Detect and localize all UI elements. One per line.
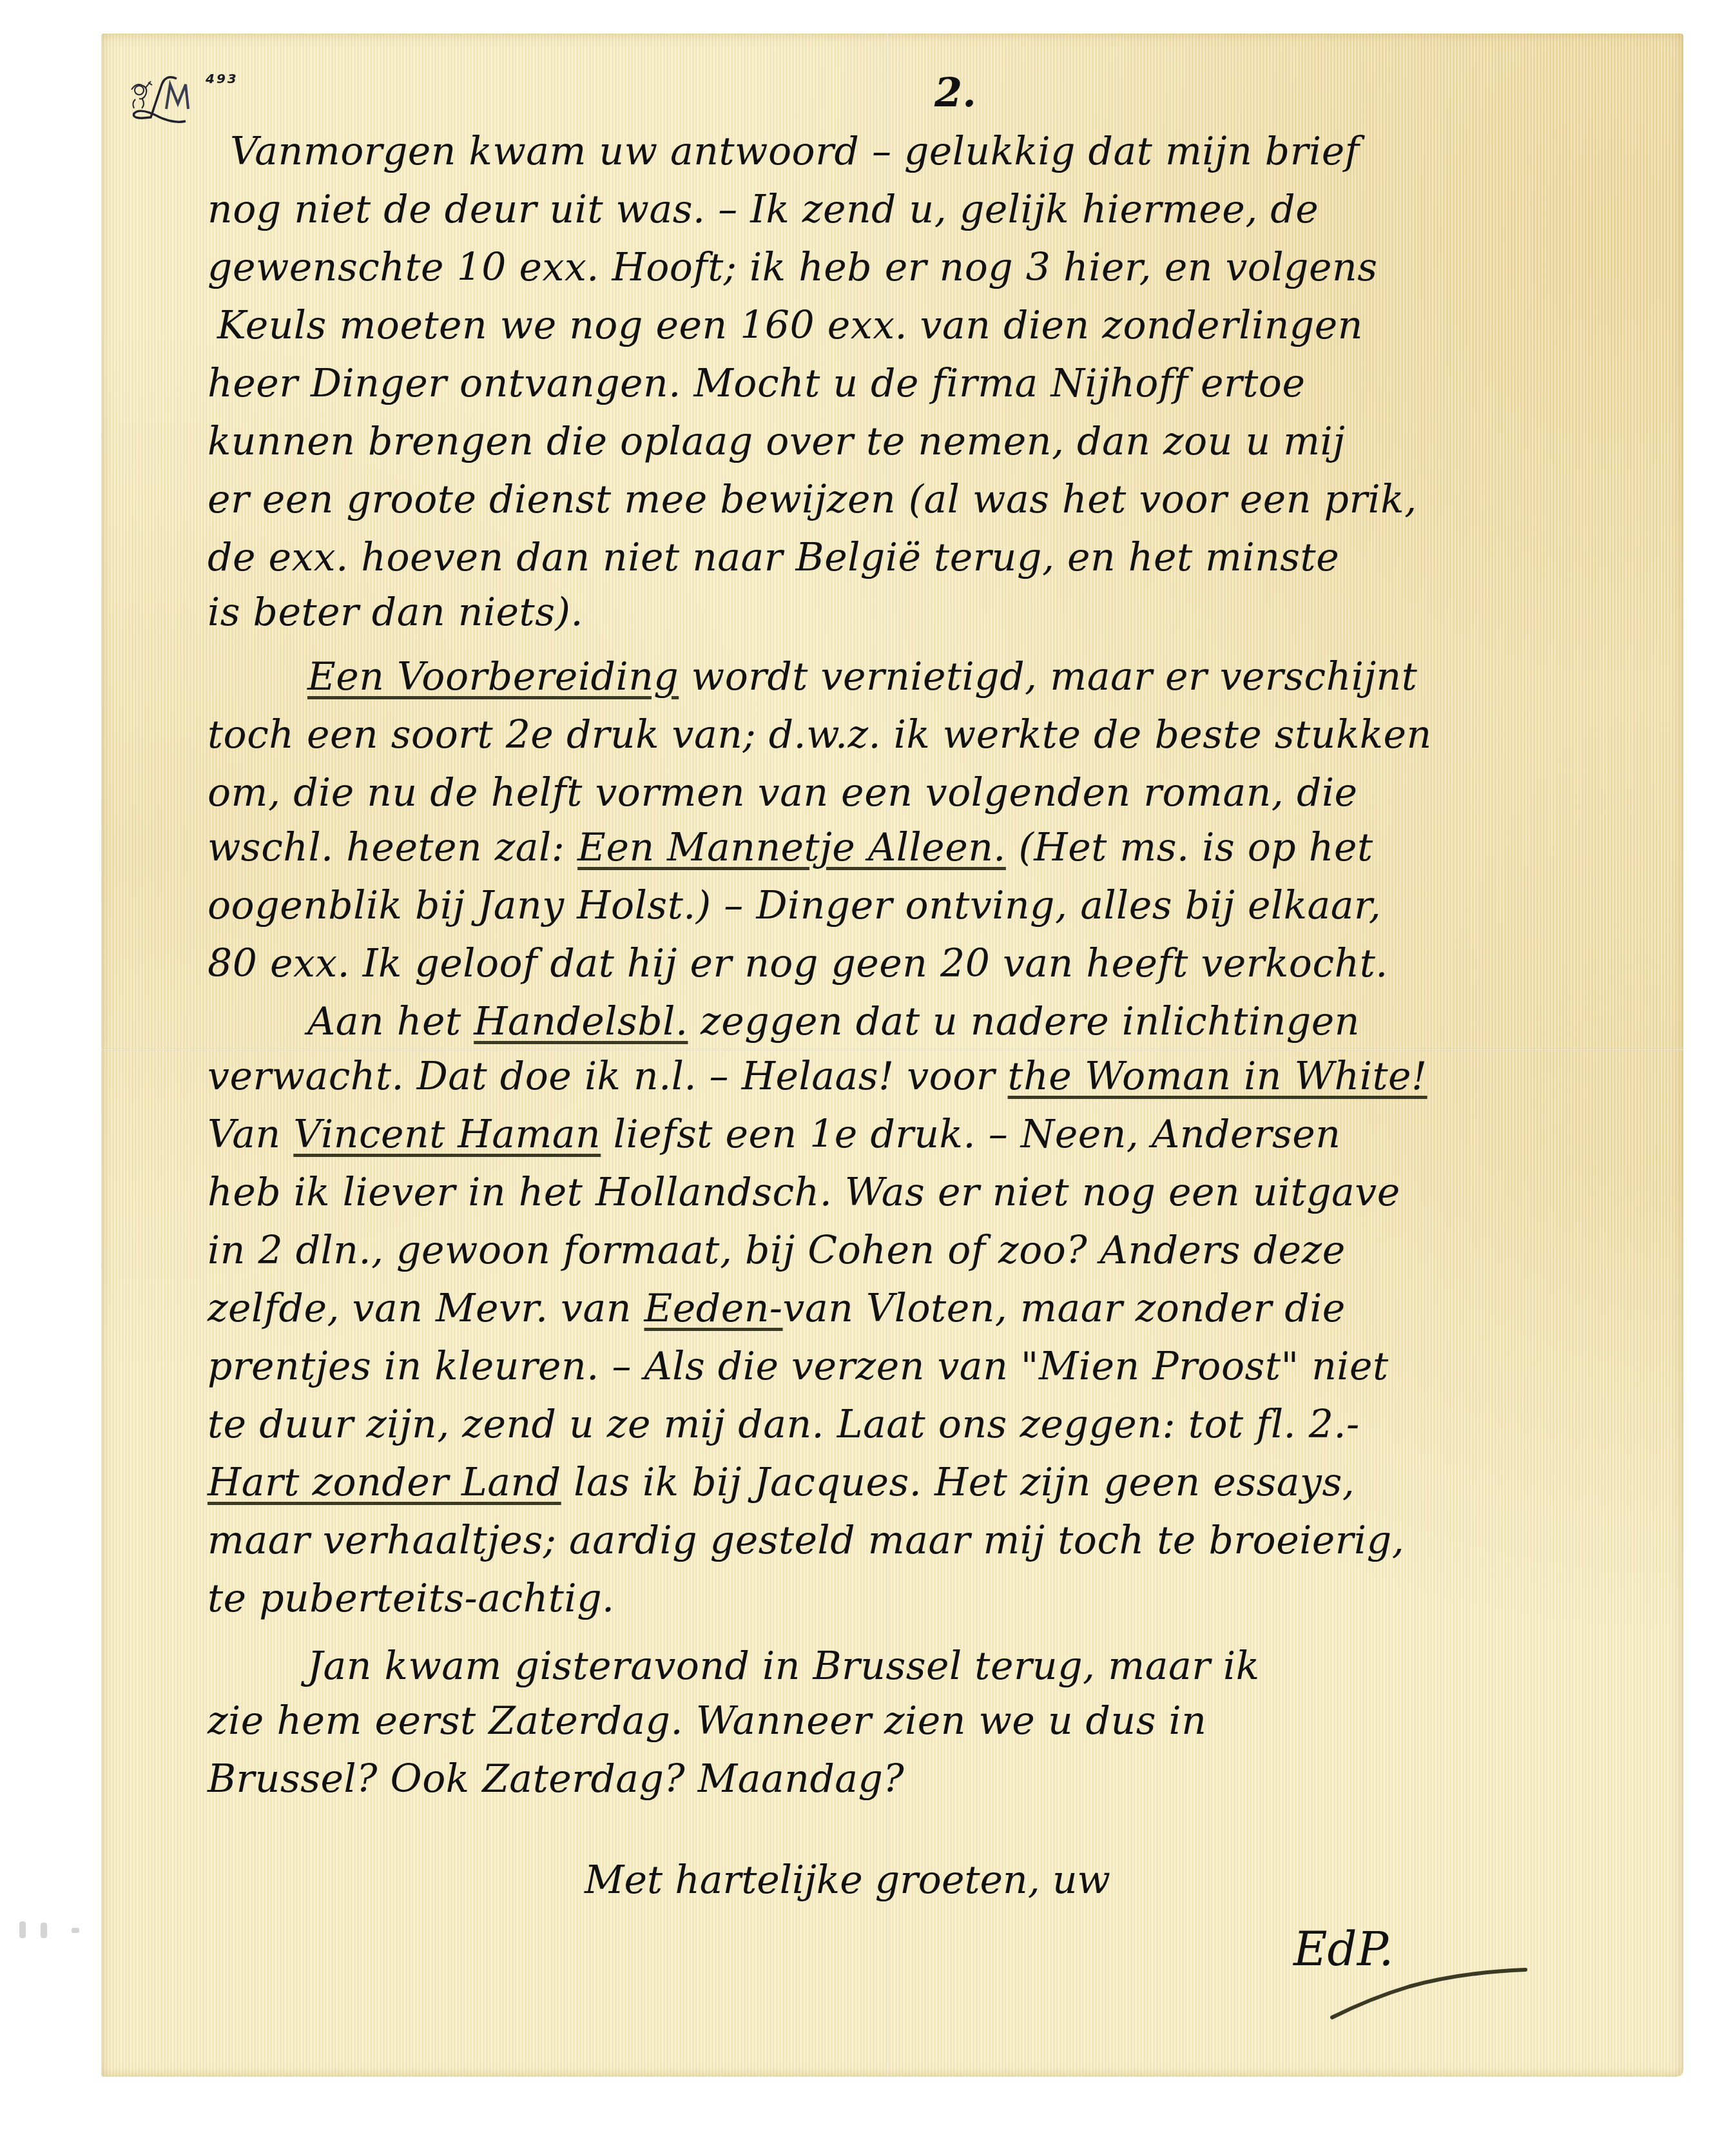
line-text: heer Dinger ontvangen. Mocht u de firma … <box>208 361 1305 406</box>
letter-line: om, die nu de helft vormen van een volge… <box>208 767 1358 819</box>
letter-line: Keuls moeten we nog een 160 exx. van die… <box>217 300 1363 351</box>
letter-line: nog niet de deur uit was. – Ik zend u, g… <box>208 184 1319 235</box>
archive-stamp <box>124 61 253 125</box>
page-number: 2. <box>934 69 976 116</box>
letter-line: toch een soort 2e druk van; d.w.z. ik we… <box>208 709 1432 761</box>
line-text: liefst een 1e druk. – Neen, Andersen <box>601 1112 1340 1157</box>
letter-page: 493 2. Vanmorgen kwam uw antwoord – gelu… <box>101 34 1683 2077</box>
line-text: in 2 dln., gewoon formaat, bij Cohen of … <box>208 1228 1346 1273</box>
line-text: Aan het <box>307 999 474 1044</box>
signature-underline-flourish-icon <box>1326 1967 1532 2025</box>
line-text: kunnen brengen die oplaag over te nemen,… <box>208 419 1345 464</box>
line-text: prentjes in kleuren. – Als die verzen va… <box>208 1344 1389 1389</box>
line-text: om, die nu de helft vormen van een volge… <box>208 770 1358 815</box>
letter-line: te puberteits-achtig. <box>208 1573 615 1624</box>
lion-monogram-stamp-icon <box>124 61 227 125</box>
underlined-title: Hart zonder Land <box>208 1460 561 1505</box>
line-text: Jan kwam gisteravond in Brussel terug, m… <box>307 1644 1260 1689</box>
letter-line: zie hem eerst Zaterdag. Wanneer zien we … <box>208 1695 1206 1747</box>
line-text: Vanmorgen kwam uw antwoord – gelukkig da… <box>230 129 1359 174</box>
line-text: maar verhaaltjes; aardig gesteld maar mi… <box>208 1518 1404 1563</box>
letter-line: wschl. heeten zal: Een Mannetje Alleen. … <box>208 822 1373 873</box>
line-text: Keuls moeten we nog een 160 exx. van die… <box>217 303 1363 348</box>
letter-line: heer Dinger ontvangen. Mocht u de firma … <box>208 358 1305 409</box>
line-text: zeggen dat u nadere inlichtingen <box>688 999 1359 1044</box>
line-text: te puberteits-achtig. <box>208 1576 615 1621</box>
closing-greeting: Met hartelijke groeten, uw <box>585 1858 1110 1903</box>
line-text: (Het ms. is op het <box>1006 825 1373 870</box>
underlined-title: Handelsbl. <box>474 999 688 1044</box>
letter-line: er een groote dienst mee bewijzen (al wa… <box>208 474 1417 525</box>
underlined-title: the Woman in White! <box>1008 1054 1427 1099</box>
archive-number: 493 <box>206 71 238 86</box>
line-text: Van <box>208 1112 293 1157</box>
letter-line: Een Voorbereiding wordt vernietigd, maar… <box>307 651 1417 703</box>
line-text: wordt vernietigd, maar er verschijnt <box>679 654 1417 699</box>
letter-line: Vanmorgen kwam uw antwoord – gelukkig da… <box>230 126 1359 177</box>
underlined-title: Een Voorbereiding <box>307 654 679 699</box>
letter-line: is beter dan niets). <box>208 587 583 638</box>
line-text: verwacht. Dat doe ik n.l. – Helaas! voor <box>208 1054 1008 1099</box>
letter-line: kunnen brengen die oplaag over te nemen,… <box>208 416 1345 467</box>
line-text: heb ik liever in het Hollandsch. Was er … <box>208 1170 1400 1215</box>
letter-line: Van Vincent Haman liefst een 1e druk. – … <box>208 1109 1341 1160</box>
line-text: las ik bij Jacques. Het zijn geen essays… <box>561 1460 1355 1505</box>
letter-line: in 2 dln., gewoon formaat, bij Cohen of … <box>208 1225 1346 1276</box>
line-text: te duur zijn, zend u ze mij dan. Laat on… <box>208 1402 1360 1447</box>
letter-line: Aan het Handelsbl. zeggen dat u nadere i… <box>307 996 1360 1047</box>
line-text: 80 exx. Ik geloof dat hij er nog geen 20… <box>208 941 1388 986</box>
letter-line: Jan kwam gisteravond in Brussel terug, m… <box>307 1640 1260 1692</box>
line-text: van Vloten, maar zonder die <box>783 1286 1346 1331</box>
line-text: zie hem eerst Zaterdag. Wanneer zien we … <box>208 1698 1206 1743</box>
letter-line: te duur zijn, zend u ze mij dan. Laat on… <box>208 1399 1360 1450</box>
letter-line: Hart zonder Land las ik bij Jacques. Het… <box>208 1457 1355 1508</box>
letter-line: gewenschte 10 exx. Hooft; ik heb er nog … <box>208 242 1377 293</box>
letter-line: heb ik liever in het Hollandsch. Was er … <box>208 1167 1400 1218</box>
letter-line: maar verhaaltjes; aardig gesteld maar mi… <box>208 1515 1404 1566</box>
line-text: oogenblik bij Jany Holst.) – Dinger ontv… <box>208 883 1381 928</box>
margin-smudge-mark-icon <box>10 1918 81 1943</box>
underlined-title: Vincent Haman <box>293 1112 601 1157</box>
letter-line: prentjes in kleuren. – Als die verzen va… <box>208 1341 1389 1392</box>
line-text: toch een soort 2e druk van; d.w.z. ik we… <box>208 712 1432 757</box>
line-text: is beter dan niets). <box>208 590 583 635</box>
line-text: nog niet de deur uit was. – Ik zend u, g… <box>208 187 1319 232</box>
letter-line: verwacht. Dat doe ik n.l. – Helaas! voor… <box>208 1051 1427 1102</box>
letter-line: de exx. hoeven dan niet naar België teru… <box>208 532 1339 583</box>
underlined-title: Eeden- <box>644 1286 782 1331</box>
line-text: Brussel? Ook Zaterdag? Maandag? <box>208 1756 904 1802</box>
letter-line: 80 exx. Ik geloof dat hij er nog geen 20… <box>208 938 1388 989</box>
line-text: er een groote dienst mee bewijzen (al wa… <box>208 477 1417 522</box>
line-text: gewenschte 10 exx. Hooft; ik heb er nog … <box>208 245 1377 290</box>
letter-line: oogenblik bij Jany Holst.) – Dinger ontv… <box>208 880 1381 931</box>
line-text: wschl. heeten zal: <box>208 825 577 870</box>
line-text: de exx. hoeven dan niet naar België teru… <box>208 535 1339 580</box>
letter-line: zelfde, van Mevr. van Eeden-van Vloten, … <box>208 1283 1346 1334</box>
letter-line: Brussel? Ook Zaterdag? Maandag? <box>208 1753 904 1805</box>
line-text: zelfde, van Mevr. van <box>208 1286 644 1331</box>
underlined-title: Een Mannetje Alleen. <box>577 825 1006 870</box>
